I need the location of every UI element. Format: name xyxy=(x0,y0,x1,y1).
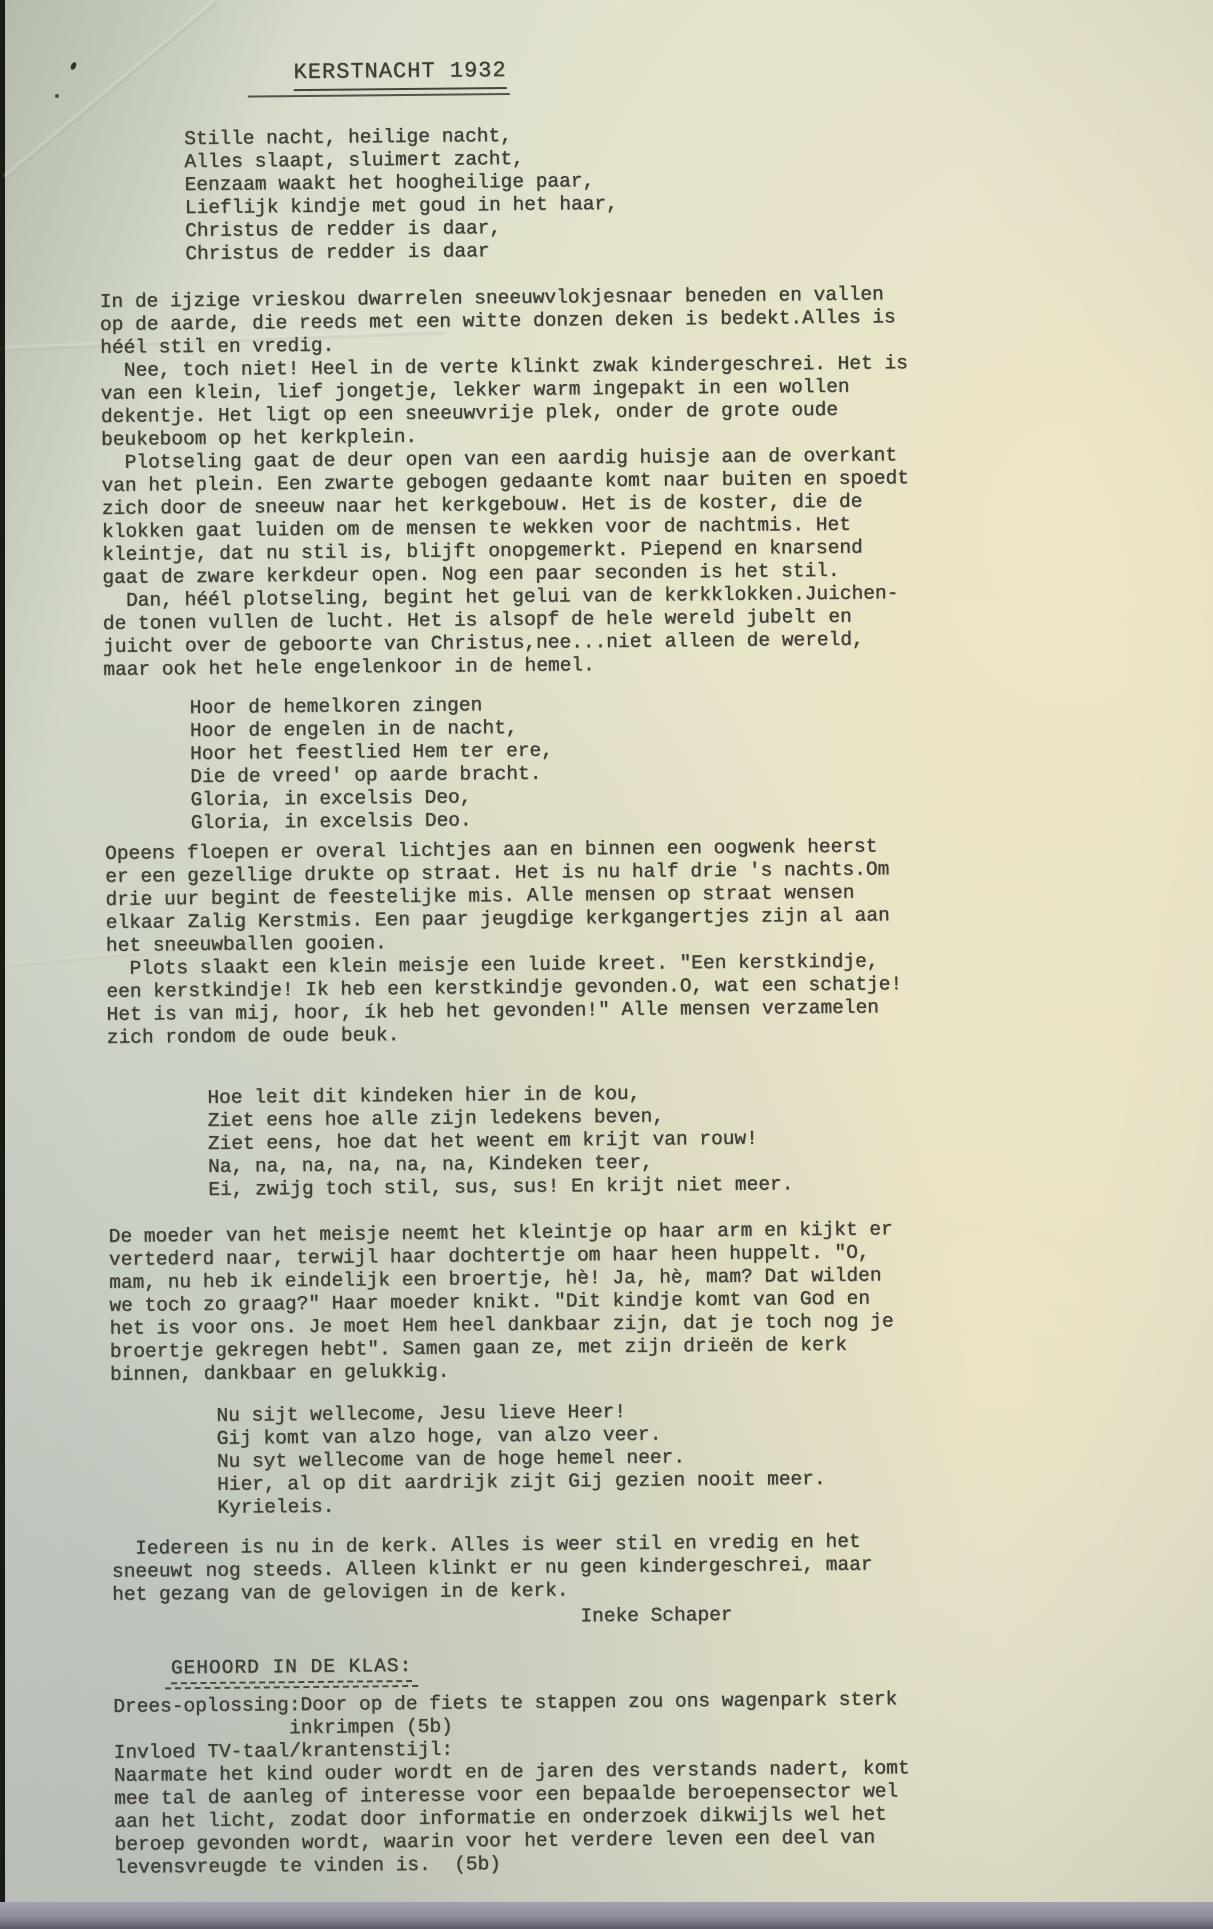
author-signature: Ineke Schaper xyxy=(580,1599,1196,1628)
story-paragraph-8: Iedereen is nu in de kerk. Alles is weer… xyxy=(112,1527,1197,1606)
section-heading-text: GEHOORD IN DE KLAS: xyxy=(171,1655,413,1684)
story-paragraph-7: De moeder van het meisje neemt het klein… xyxy=(109,1216,1194,1387)
story-paragraph-3: Plotseling gaat de deur open van een aar… xyxy=(101,442,1186,590)
story-paragraph-6: Plots slaakt een klein meisje een luide … xyxy=(106,948,1191,1050)
poem-stanza-3: Hoe leit dit kindeken hier in de kou, Zi… xyxy=(107,1078,1192,1203)
document-title: KERSTNACHT 1932 xyxy=(293,58,506,91)
story-paragraph-5: Opeens floepen er overal lichtjes aan en… xyxy=(105,833,1190,958)
paper-sheet: KERSTNACHT 1932 Stille nacht, heilige na… xyxy=(5,0,1213,1905)
poem-stanza-4: Nu sijt wellecome, Jesu lieve Heer! Gij … xyxy=(110,1396,1195,1521)
story-paragraph-2: Nee, toch niet! Heel in de verte klinkt … xyxy=(100,350,1185,452)
typewritten-content: KERSTNACHT 1932 Stille nacht, heilige na… xyxy=(3,0,1213,1906)
table-surface xyxy=(0,1902,1213,1929)
section-heading: GEHOORD IN DE KLAS: xyxy=(171,1647,1197,1683)
story-paragraph-1: In de ijzige vrieskou dwarrelen sneeuwvl… xyxy=(100,281,1185,360)
photo-backdrop: KERSTNACHT 1932 Stille nacht, heilige na… xyxy=(0,0,1213,1929)
poem-stanza-2: Hoor de hemelkoren zingen Hoor de engele… xyxy=(104,688,1189,836)
classroom-quotes: Drees-oplossing:Door op de fiets te stap… xyxy=(113,1685,1199,1879)
poem-stanza-1: Stille nacht, heilige nacht, Alles slaap… xyxy=(98,119,1183,267)
story-paragraph-4: Dan, héél plotseling, begint het gelui v… xyxy=(103,580,1188,682)
